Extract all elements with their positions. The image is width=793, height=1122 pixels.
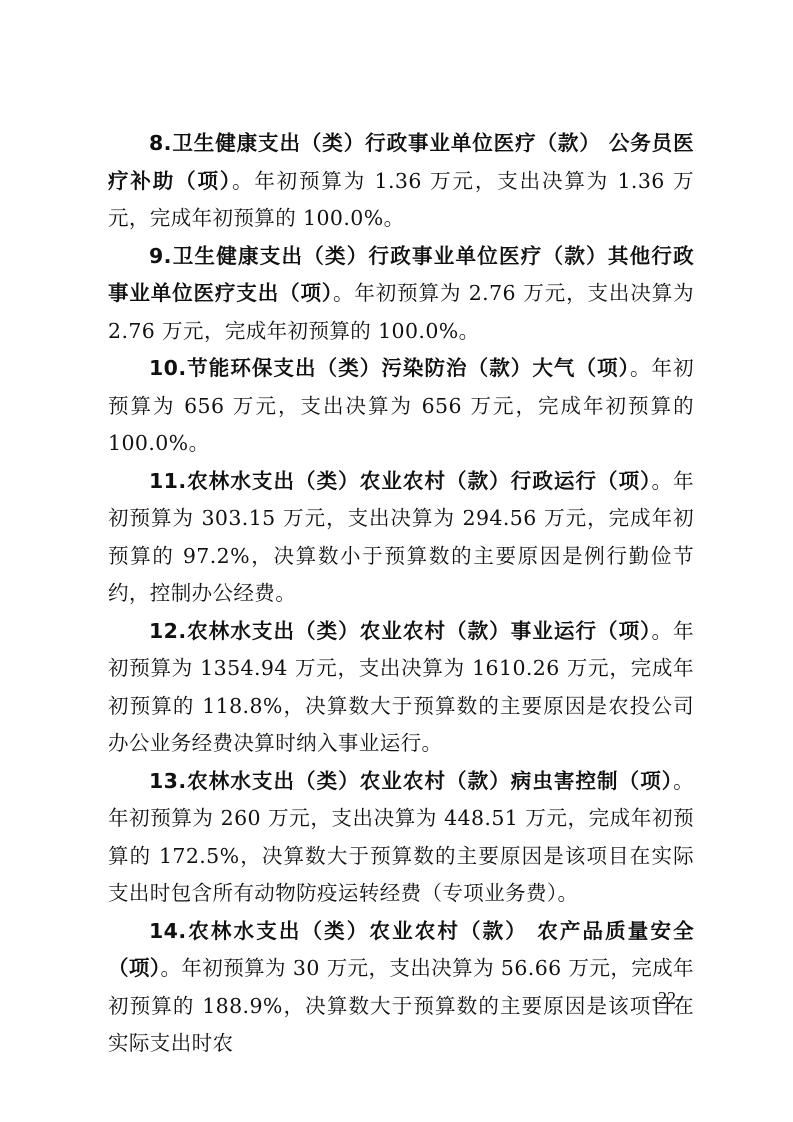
paragraph-text: 。年初预算为 30 万元，支出决算为 56.66 万元，完成年初预算的 188.… bbox=[108, 956, 694, 1055]
paragraph-heading: 12.农林水支出（类）农业农村（款）事业运行（项） bbox=[149, 619, 652, 643]
paragraph-item-14: 14.农林水支出（类）农业农村（款） 农产品质量安全（项）。年初预算为 30 万… bbox=[108, 913, 694, 1063]
paragraph-heading: 13.农林水支出（类）农业农村（款）病虫害控制（项） bbox=[149, 769, 673, 793]
paragraph-item-13: 13.农林水支出（类）农业农村（款）病虫害控制（项）。年初预算为 260 万元，… bbox=[108, 763, 694, 913]
paragraph-item-9: 9.卫生健康支出（类）行政事业单位医疗（款）其他行政事业单位医疗支出（项）。年初… bbox=[108, 238, 694, 351]
paragraph-item-11: 11.农林水支出（类）农业农村（款）行政运行（项）。年初预算为 303.15 万… bbox=[108, 463, 694, 613]
page-number: -22- bbox=[652, 988, 682, 1009]
paragraph-item-8: 8.卫生健康支出（类）行政事业单位医疗（款） 公务员医疗补助（项）。年初预算为 … bbox=[108, 125, 694, 238]
paragraph-heading: 11.农林水支出（类）农业农村（款）行政运行（项） bbox=[149, 469, 652, 493]
paragraph-heading: 10.节能环保支出（类）污染防治（款）大气（项） bbox=[149, 356, 630, 380]
paragraph-item-10: 10.节能环保支出（类）污染防治（款）大气（项）。年初预算为 656 万元，支出… bbox=[108, 350, 694, 463]
document-body: 8.卫生健康支出（类）行政事业单位医疗（款） 公务员医疗补助（项）。年初预算为 … bbox=[108, 125, 694, 1063]
paragraph-item-12: 12.农林水支出（类）农业农村（款）事业运行（项）。年初预算为 1354.94 … bbox=[108, 613, 694, 763]
